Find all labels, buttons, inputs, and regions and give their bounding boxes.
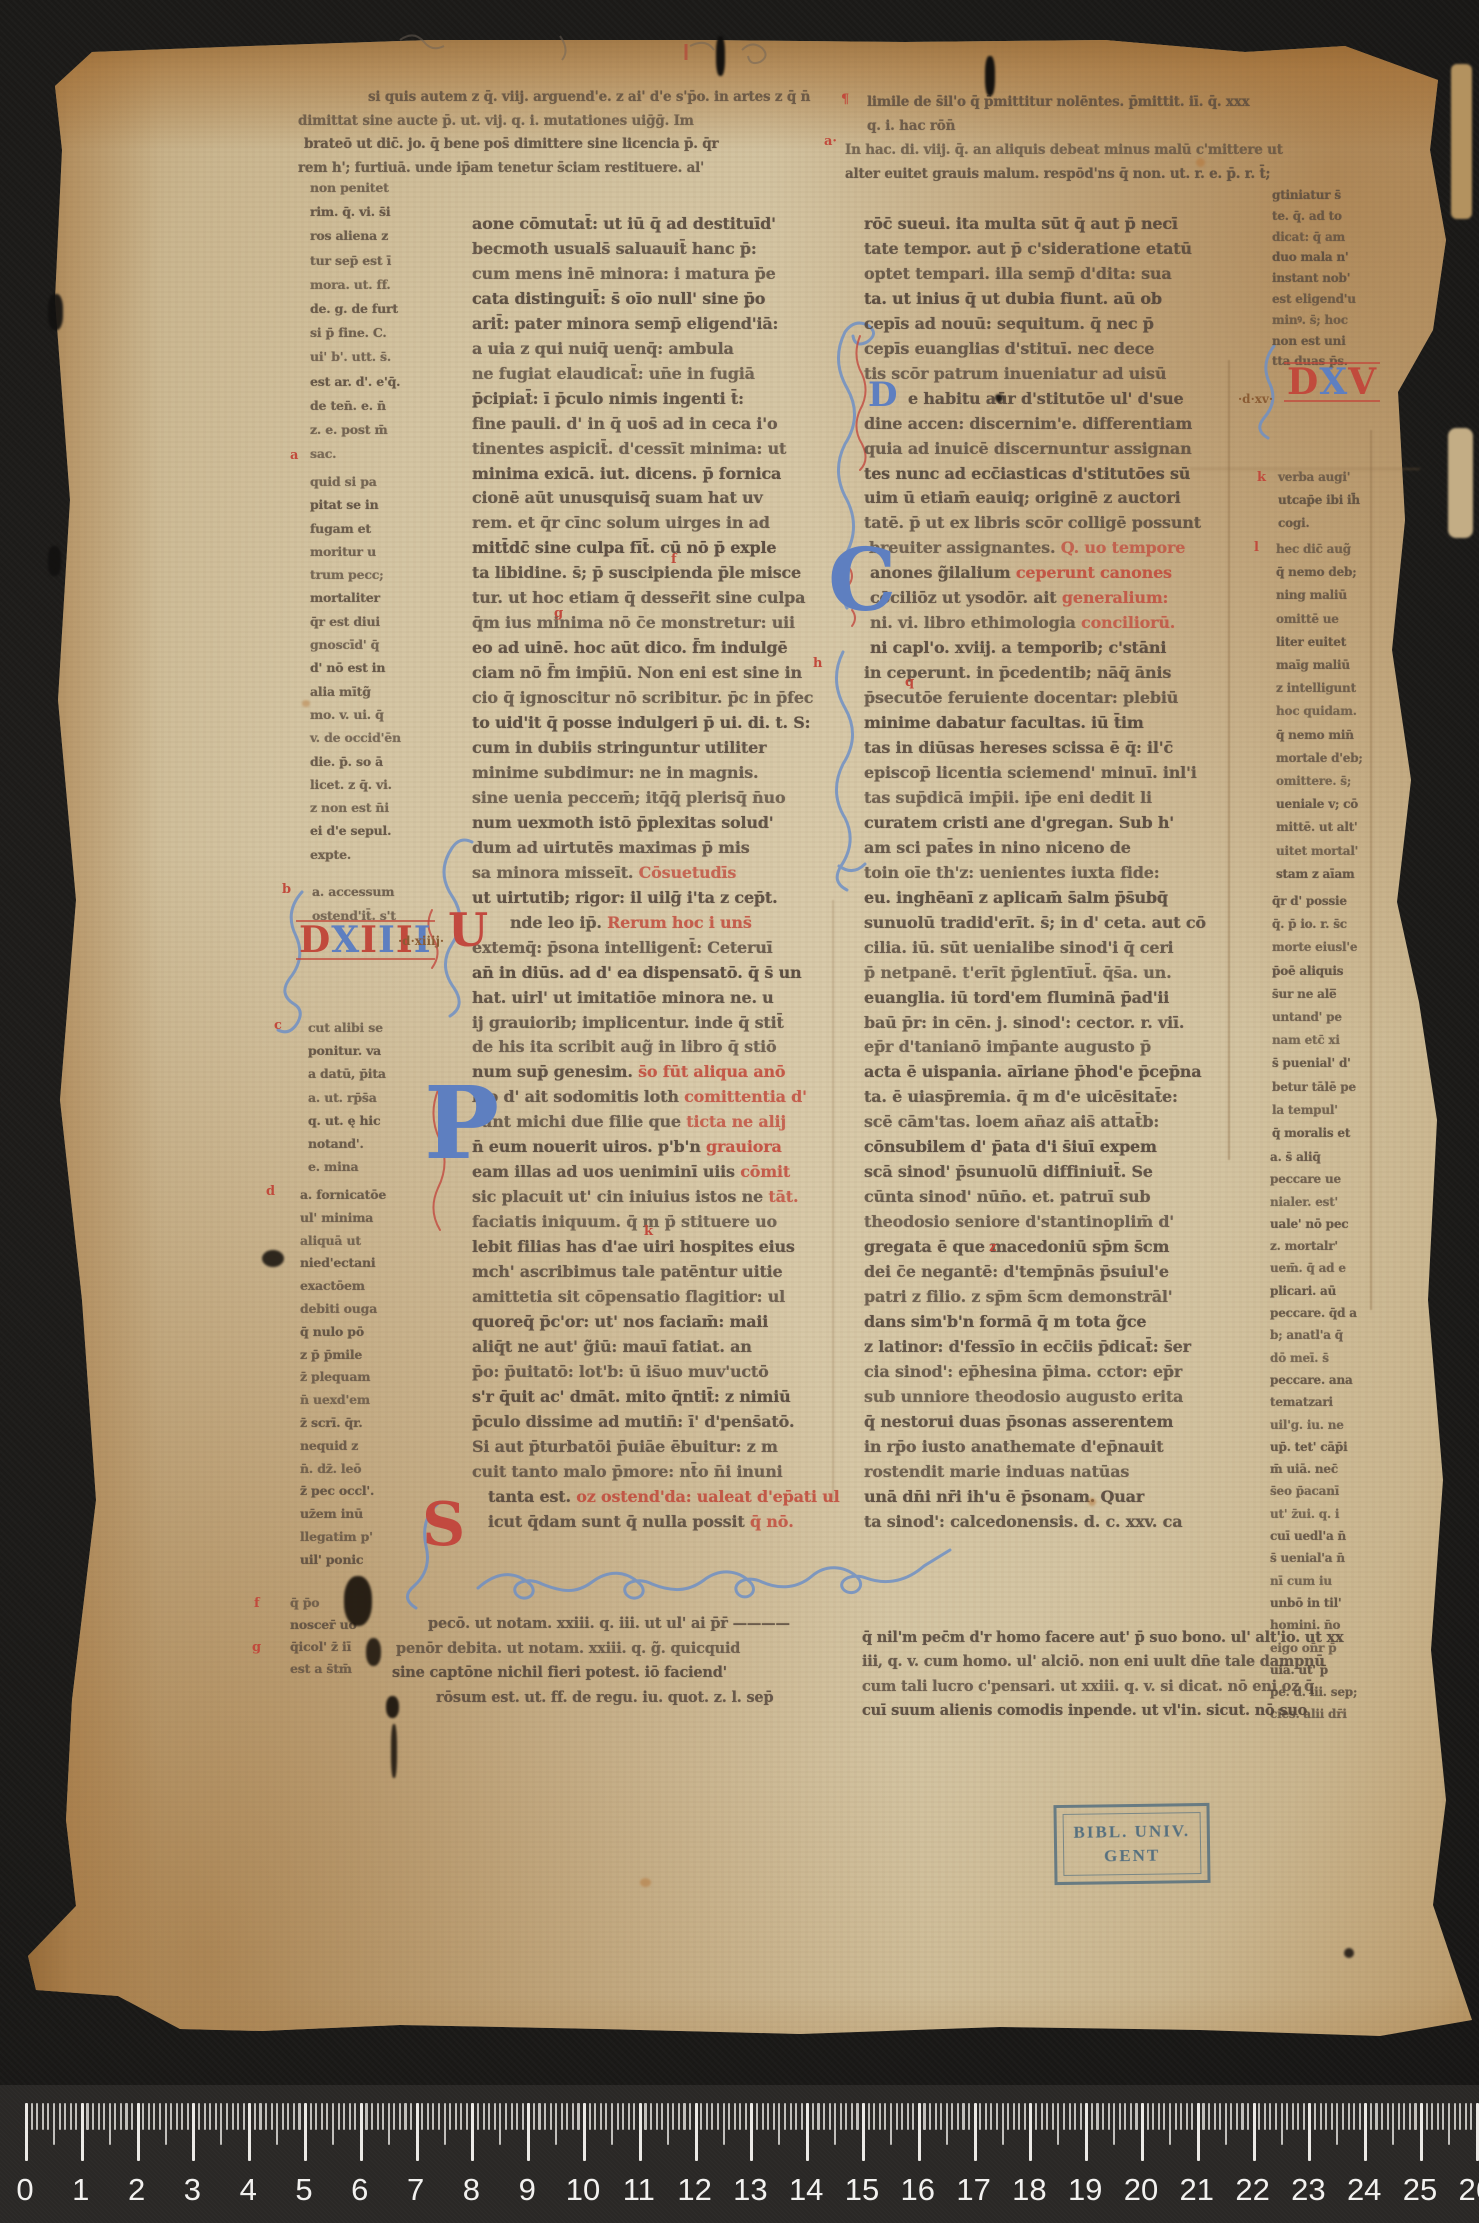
text-line: s̄ puenial' d' xyxy=(1272,1052,1400,1075)
text-line: n̄. dz̄. leō xyxy=(300,1458,430,1481)
ruler-tick xyxy=(1018,2103,1020,2130)
text-line: ni. vi. libro ethimologia conciliorū. xyxy=(864,611,1190,636)
ruler-tick xyxy=(1158,2103,1160,2130)
ruler-tick xyxy=(1152,2103,1154,2130)
text-line: s̄eo p̄acanī xyxy=(1270,1480,1400,1502)
text-line: dō meī. s̄ xyxy=(1270,1347,1400,1369)
ruler-tick xyxy=(365,2103,367,2130)
text-line: unbō in til' xyxy=(1270,1592,1400,1614)
margin-number-note: ·d·xv· xyxy=(1238,392,1273,406)
text-line: dans sim'b'n formā q̄ m tota g̃ce xyxy=(864,1310,1190,1335)
ruler-tick xyxy=(75,2103,77,2130)
text-line: m̄ uiā. nec̄ xyxy=(1270,1458,1400,1480)
text-line: notand'. xyxy=(308,1132,430,1155)
ruler-tick xyxy=(678,2103,680,2130)
rubric-letter: X xyxy=(331,919,360,961)
ruler-tick xyxy=(706,2103,708,2130)
text-line: d' nō est in xyxy=(310,656,432,679)
stain-or-blot xyxy=(1344,1948,1354,1958)
ruler-tick xyxy=(1325,2103,1327,2130)
ruler-tick xyxy=(600,2103,602,2130)
text-line: gnoscīd' q̄ xyxy=(310,633,432,656)
stain-or-blot xyxy=(1370,430,1372,1310)
text-line: sine uenia peccem̄; itq̄q̄ plerisq̄ n̄uo xyxy=(472,786,815,811)
ruler-tick xyxy=(1409,2103,1411,2130)
ruler-tick xyxy=(471,2103,474,2161)
ruler-tick xyxy=(583,2103,586,2161)
ruler-tick xyxy=(444,2103,446,2145)
text-line: uz̄em inū xyxy=(300,1503,430,1526)
red-letter-marker: a· xyxy=(824,134,837,149)
text-line: cūnta sinod' nūn̄o. et. patruī sub xyxy=(864,1185,1190,1210)
text-line: ut uirtutib; rigor: il uilḡ i'ta z cep̄t… xyxy=(472,886,815,911)
stain-or-blot xyxy=(832,900,834,1500)
ruler-tick xyxy=(1314,2103,1316,2130)
ruler-tick xyxy=(1169,2103,1171,2145)
red-letter-marker: f xyxy=(254,1596,260,1611)
ruler-tick xyxy=(1057,2103,1059,2145)
text-line: dum ad uirtutēs maximas p̄ mis xyxy=(472,836,815,861)
text-line: patri z filio. z sp̄m s̄cm demonstrāl' xyxy=(864,1285,1190,1310)
right-gloss-block-1: gtiniatur s̄te. q̄. ad todicat: q̄ amduo… xyxy=(1272,185,1400,372)
text-line: z̄ pec occl'. xyxy=(300,1480,430,1503)
text-line: fugam et xyxy=(310,517,432,540)
ruler-tick xyxy=(1108,2103,1110,2130)
ruler-tick xyxy=(215,2103,217,2130)
text-line: moritur u xyxy=(310,540,432,563)
text-line: baū p̄r: in cēn. j. sinod': cector. r. v… xyxy=(864,1011,1190,1036)
text-line: uitet mortal' xyxy=(1276,840,1404,863)
text-line: e habitu aūr d'stitutōe ul' d'sue xyxy=(864,387,1190,412)
rubric-letter: I xyxy=(378,919,396,961)
text-line: q̄ nestorui duas p̄sonas asserentem xyxy=(864,1410,1190,1435)
ruler-tick xyxy=(47,2103,49,2130)
text-line: curatem cristi ane d'gregan. Sub h' xyxy=(864,811,1190,836)
text-line: de. g. de furt xyxy=(310,297,432,321)
ruler-tick xyxy=(979,2103,981,2130)
ruler-tick xyxy=(460,2103,462,2130)
ruler-number: 26 xyxy=(1459,2172,1479,2208)
text-line: s'r q̄uit ac' dmāt. mito q̄ntit̄: z nimi… xyxy=(472,1385,815,1410)
ruler-tick xyxy=(912,2103,914,2130)
ruler-tick xyxy=(1041,2103,1043,2130)
initial-s-red: S xyxy=(422,1498,465,1552)
ruler-tick xyxy=(438,2103,440,2130)
ruler-tick xyxy=(795,2103,797,2130)
ruler-tick xyxy=(750,2103,753,2161)
text-line: plicari. aū xyxy=(1270,1280,1400,1302)
text-line: tanta est. oz ostend'da: ualeat d'ep̄ati… xyxy=(472,1485,815,1510)
text-line: cum in dubiis stringuntur utiliter xyxy=(472,736,815,761)
ruler-tick xyxy=(801,2103,803,2130)
text-line: hoc quidam. xyxy=(1276,700,1404,723)
ruler-tick xyxy=(756,2103,758,2130)
text-line: ni capl'o. xviij. a temporib; c'stāni xyxy=(864,636,1190,661)
ruler-tick xyxy=(974,2103,977,2161)
ruler-tick xyxy=(1303,2103,1305,2130)
text-line: nī cum iu xyxy=(1270,1570,1400,1592)
text-line: p̄cipiat̄: ī p̄culo nimis ingenti t̄: xyxy=(472,387,815,412)
text-line: iii, q. v. cum homo. ul' alciō. non eni … xyxy=(862,1650,1422,1674)
text-line: breuiter assignantes. Q. uo tempore xyxy=(864,536,1190,561)
text-line: peccare ue xyxy=(1270,1168,1400,1190)
text-line: b; anatl'a q̄ xyxy=(1270,1324,1400,1346)
ruler-tick xyxy=(929,2103,931,2130)
ruler-tick xyxy=(896,2103,898,2130)
ruler-tick xyxy=(1454,2103,1456,2130)
ruler-tick xyxy=(511,2103,513,2130)
ruler-tick xyxy=(589,2103,591,2130)
text-line: de his ita scribit aug̃ in libro q̄ stiō xyxy=(472,1035,815,1060)
ruler-tick xyxy=(198,2103,200,2130)
ruler-tick xyxy=(114,2103,116,2130)
text-line: debiti ouga xyxy=(300,1298,430,1321)
text-line: up̄. tet' cāp̄i xyxy=(1270,1436,1400,1458)
text-line: nied'ectani xyxy=(300,1252,430,1275)
text-line: sic placuit ut' cin iniuius istos ne tāt… xyxy=(472,1185,815,1210)
text-line: cogi. xyxy=(1278,512,1406,535)
text-line: rōc̄ sueui. ita multa sūt q̄ aut p̄ necī xyxy=(864,212,1190,237)
initial-c-blue: C xyxy=(828,542,896,619)
text-line: sine captōne nichil fieri potest. iō fac… xyxy=(362,1661,820,1686)
ruler-tick xyxy=(1214,2103,1216,2130)
top-gloss-right: limile de s̄il'o q̄ p̄mittitur nolēntes.… xyxy=(845,90,1390,186)
ruler-tick xyxy=(1331,2103,1333,2130)
text-line: unā dn̄i nr̄i ih'u ē p̄sonam. Quar xyxy=(864,1485,1190,1510)
text-line: s̄ur ne ale̅ xyxy=(1272,983,1400,1006)
ruler-tick xyxy=(1147,2103,1149,2130)
text-line: tis scōr patrum inueniatur ad uisū xyxy=(864,362,1190,387)
ruler-tick xyxy=(209,2103,211,2130)
ruler-tick xyxy=(421,2103,423,2130)
ruler-tick xyxy=(990,2103,992,2130)
text-line: q̄ nil'm pec̄m d'r homo facere aut' p̄ s… xyxy=(862,1626,1422,1650)
text-line: die. p̄. so ā xyxy=(310,750,432,773)
text-line: ep̄r d'tanianō imp̄ante augusto p̄ xyxy=(864,1035,1190,1060)
text-line: ning maliū xyxy=(1276,584,1404,607)
text-line: pecō. ut notam. xxiii. q. iii. ut ul' ai… xyxy=(362,1612,820,1637)
text-line: z p̄ p̄mile xyxy=(300,1344,430,1367)
ruler-number: 16 xyxy=(901,2172,935,2208)
ruler-tick xyxy=(70,2103,72,2130)
text-line: te. q̄. ad to xyxy=(1272,206,1400,227)
stain-or-blot xyxy=(366,1638,381,1666)
text-line: liter euitet xyxy=(1276,631,1404,654)
ruler-tick xyxy=(829,2103,831,2130)
ruler-tick xyxy=(907,2103,909,2130)
manuscript-photograph: BIBL. UNIV. GENT 01234567891011121314151… xyxy=(0,0,1479,2223)
ruler-tick xyxy=(321,2103,323,2130)
ruler-tick xyxy=(1253,2103,1256,2161)
stain-or-blot xyxy=(48,546,61,576)
stamp-line-1: BIBL. UNIV. xyxy=(1073,1819,1190,1844)
ruler-tick xyxy=(734,2103,736,2130)
stain-or-blot xyxy=(48,294,63,330)
ruler-tick xyxy=(1186,2103,1188,2130)
ruler-tick xyxy=(1029,2103,1032,2161)
red-letter-marker: k xyxy=(644,1224,653,1239)
ruler-tick xyxy=(1119,2103,1121,2130)
ruler-tick xyxy=(410,2103,412,2130)
ruler-tick xyxy=(483,2103,485,2130)
ruler-tick xyxy=(338,2103,340,2130)
text-line: q̄ moralis et xyxy=(1272,1122,1400,1145)
text-line: nialer. est' xyxy=(1270,1191,1400,1213)
text-line: trum pecc; xyxy=(310,563,432,586)
ruler-tick xyxy=(1414,2103,1416,2130)
text-line: tematzari xyxy=(1270,1391,1400,1413)
text-line: tinentes aspicit̄. d'cessīt minima: ut xyxy=(472,437,815,462)
ruler-tick xyxy=(628,2103,630,2130)
ruler-number: 14 xyxy=(789,2172,823,2208)
ruler-tick xyxy=(622,2103,624,2130)
ruler-tick xyxy=(388,2103,390,2145)
text-line: cut alibi se xyxy=(308,1016,430,1039)
text-line: dimittat sine aucte p̄. ut. vij. q. i. m… xyxy=(298,110,818,134)
ruler-number: 10 xyxy=(566,2172,600,2208)
left-gloss-block-2: quid si papitat se infugam etmoritur utr… xyxy=(310,470,432,866)
text-line: sa minora misseīt. Cōsuetudīs xyxy=(472,861,815,886)
stain-or-blot xyxy=(716,36,725,76)
ruler-tick xyxy=(125,2103,127,2130)
ruler-number: 17 xyxy=(956,2172,990,2208)
ruler-tick xyxy=(1336,2103,1338,2145)
text-line: z. e. post m̄ xyxy=(310,418,432,442)
text-line: a. accessum xyxy=(312,880,434,904)
ruler-tick xyxy=(901,2103,903,2130)
ruler-tick xyxy=(1191,2103,1193,2130)
ruler-tick xyxy=(1046,2103,1048,2130)
text-line: q̄ nemo min̄ xyxy=(1276,724,1404,747)
text-line: ij grauiorib; implicentur. inde q̄ stit̄ xyxy=(472,1011,815,1036)
red-letter-marker: ¶ xyxy=(841,92,849,107)
text-line: instant nob' xyxy=(1272,268,1400,289)
text-line: est ar. d'. e'q̄. xyxy=(310,370,432,394)
ruler-tick xyxy=(1258,2103,1260,2130)
text-line: sub unniore theodosio augusto erita xyxy=(864,1385,1190,1410)
text-line: cia sinod': ep̄hesina p̄ima. cctor: ep̄r xyxy=(864,1360,1190,1385)
ruler-tick xyxy=(271,2103,273,2130)
ruler-tick xyxy=(611,2103,613,2145)
ruler-tick xyxy=(711,2103,713,2130)
ruler-tick xyxy=(1275,2103,1277,2130)
stain-or-blot xyxy=(1228,360,1230,1160)
text-line: exactōem xyxy=(300,1275,430,1298)
text-line: minime subdimur: ne in magnis. xyxy=(472,761,815,786)
text-line: uale' nō pec xyxy=(1270,1213,1400,1235)
stain-or-blot xyxy=(1196,158,1205,167)
main-column-2: rōc̄ sueui. ita multa sūt q̄ aut p̄ necī… xyxy=(864,212,1190,1535)
ruler-tick xyxy=(661,2103,663,2130)
text-line: cepīs euanglias d'stituī. nec dece xyxy=(864,337,1190,362)
ruler-tick xyxy=(672,2103,674,2130)
text-line: dei c̄e negantē: d'temp̄nās p̄suiul'e xyxy=(864,1260,1190,1285)
text-line: ul' minima xyxy=(300,1207,430,1230)
ruler-tick xyxy=(1002,2103,1004,2145)
text-line: pitat se in xyxy=(310,493,432,516)
ruler-tick xyxy=(248,2103,251,2161)
stain-or-blot xyxy=(985,56,995,96)
text-line: sunt michi due filie que ticta ne alij xyxy=(472,1110,815,1135)
ruler-tick xyxy=(1091,2103,1093,2130)
text-line: rem. et q̄r cīnc solum uirges in ad xyxy=(472,511,815,536)
text-line: q. i. hac rōn̄ xyxy=(845,114,1390,138)
text-line: In hac. di. viij. q̄. an aliquis debeat … xyxy=(845,138,1390,162)
text-line: e. mina xyxy=(308,1155,430,1178)
ruler-tick xyxy=(538,2103,540,2130)
ruler-tick xyxy=(243,2103,245,2130)
text-line: ta. ē uiasp̄remia. q̄ m d'e uicēsitat̄e: xyxy=(864,1085,1190,1110)
initial-p-blue: P xyxy=(424,1078,499,1168)
ruler-tick xyxy=(1080,2103,1082,2130)
ruler-tick xyxy=(282,2103,284,2130)
ruler-tick xyxy=(812,2103,814,2130)
ruler-tick xyxy=(1197,2103,1200,2161)
text-line: si p̄ fine. C. xyxy=(310,321,432,345)
red-letter-marker: c xyxy=(274,1018,282,1033)
ruler-tick xyxy=(1074,2103,1076,2130)
ruler-tick xyxy=(1202,2103,1204,2130)
ruler-tick xyxy=(1403,2103,1405,2130)
ruler-tick xyxy=(823,2103,825,2130)
ruler-tick xyxy=(1135,2103,1137,2130)
ruler-tick xyxy=(1292,2103,1294,2130)
ruler-number: 11 xyxy=(623,2172,655,2208)
text-line: acta ē uispania. aīriane p̄hod'e p̄cep̄n… xyxy=(864,1060,1190,1085)
rubric-letter: V xyxy=(1348,361,1377,403)
text-line: quid si pa xyxy=(310,470,432,493)
ruler-tick xyxy=(689,2103,691,2130)
ruler-tick xyxy=(923,2103,925,2130)
ruler-tick xyxy=(220,2103,222,2145)
ruler-tick xyxy=(617,2103,619,2130)
text-line: mortale d'eb; xyxy=(1276,747,1404,770)
text-line: dine accen: discernim'e. differentiam xyxy=(864,412,1190,437)
text-line: q. ut. ę hic xyxy=(308,1109,430,1132)
ruler-tick xyxy=(1353,2103,1355,2130)
library-ownership-stamp: BIBL. UNIV. GENT xyxy=(1053,1803,1210,1885)
ruler-tick xyxy=(851,2103,853,2130)
text-line: z. mortalr' xyxy=(1270,1235,1400,1257)
text-line: z non est n̄i xyxy=(310,796,432,819)
ruler-tick xyxy=(298,2103,300,2130)
stain-or-blot xyxy=(640,1878,651,1887)
ruler-tick xyxy=(778,2103,780,2145)
ruler-tick xyxy=(1308,2103,1311,2161)
ruler-tick xyxy=(773,2103,775,2130)
text-line: peccare. ana xyxy=(1270,1369,1400,1391)
ruler-number: 3 xyxy=(184,2172,201,2208)
ruler-tick xyxy=(98,2103,100,2130)
text-line: q̄r est diui xyxy=(310,610,432,633)
stamp-line-2: GENT xyxy=(1104,1844,1161,1869)
ruler-tick xyxy=(393,2103,395,2130)
ruler-tick xyxy=(522,2103,524,2130)
ruler-tick xyxy=(884,2103,886,2130)
ruler-tick xyxy=(170,2103,172,2130)
text-line: uil'g. iu. ne xyxy=(1270,1414,1400,1436)
ruler-tick xyxy=(728,2103,730,2130)
ruler-tick xyxy=(349,2103,351,2130)
right-gloss-block-3: hec dic̄ aug̃q̄ nemo deb;ning maliūomitt… xyxy=(1276,538,1404,886)
text-line: extemq̄: p̄sona intelligent̄: Ceteruī xyxy=(472,936,815,961)
ruler-tick xyxy=(817,2103,819,2130)
text-line: uil' ponic xyxy=(300,1549,430,1572)
ruler-tick xyxy=(561,2103,563,2130)
ruler-tick xyxy=(1431,2103,1433,2130)
text-line: cōciliōz ut ysodōr. ait generalium: xyxy=(864,586,1190,611)
text-line: cionē aūt unusquisq̄ suam hat uv xyxy=(472,486,815,511)
text-line: num uexmoth istō p̄plexitas solud' xyxy=(472,811,815,836)
ruler-tick xyxy=(64,2103,66,2130)
ruler-tick xyxy=(1470,2103,1472,2130)
ruler-tick xyxy=(1208,2103,1210,2130)
ruler-tick xyxy=(332,2103,334,2145)
text-line: tur. ut hoc etiam q̄ desser̄it sine culp… xyxy=(472,586,815,611)
ruler-tick xyxy=(1241,2103,1243,2130)
ruler-tick xyxy=(103,2103,105,2130)
text-line: anones g̃ilalium ceperunt canones xyxy=(864,561,1190,586)
ruler-tick xyxy=(1381,2103,1383,2130)
ruler-tick xyxy=(1230,2103,1232,2130)
text-line: stam z aīam xyxy=(1276,863,1404,886)
ruler-tick xyxy=(427,2103,429,2130)
ruler-tick xyxy=(957,2103,959,2130)
text-line: theodosio seniore d'stantinoplim̄ d' xyxy=(864,1210,1190,1235)
ruler-tick xyxy=(577,2103,579,2130)
ruler-tick xyxy=(856,2103,858,2130)
ruler-tick xyxy=(226,2103,228,2130)
ruler-tick xyxy=(845,2103,847,2130)
ruler-tick xyxy=(148,2103,150,2130)
ruler-tick xyxy=(81,2103,84,2161)
text-line: aliquā ut xyxy=(300,1230,430,1253)
ruler-tick xyxy=(862,2103,865,2161)
ruler-tick xyxy=(142,2103,144,2130)
red-letter-marker: f xyxy=(671,552,677,567)
stain-or-blot xyxy=(262,1250,284,1267)
text-line: a datū, p̄ita xyxy=(308,1062,430,1085)
text-line: uim ū etiam̄ eauiq; originē z auctori xyxy=(864,486,1190,511)
ruler-tick xyxy=(181,2103,183,2130)
ruler-number: 7 xyxy=(407,2172,424,2208)
text-line: nde leo ip̄. Rerum hoc i uns̄ xyxy=(472,911,815,936)
ruler-tick xyxy=(265,2103,267,2130)
ruler-tick xyxy=(232,2103,234,2130)
text-line: amittetia sit cōpensatio flagitior: ul xyxy=(472,1285,815,1310)
ruler-tick xyxy=(1342,2103,1344,2130)
margin-number-note: ·d·xiiij· xyxy=(398,934,444,948)
ruler-tick xyxy=(918,2103,921,2161)
text-line: llegatim p' xyxy=(300,1526,430,1549)
text-line: v. de occid'ēn xyxy=(310,726,432,749)
left-gloss-block-5: a. fornicatōeul' minimaaliquā utnied'ect… xyxy=(300,1184,430,1572)
text-line: cum mens inē minora: i matura p̄e xyxy=(472,262,815,287)
rubric-letter: D xyxy=(299,919,331,961)
rubric-letter: X xyxy=(1319,361,1348,403)
stain-or-blot xyxy=(1451,64,1472,219)
stain-or-blot xyxy=(1448,428,1473,538)
ruler-tick xyxy=(1180,2103,1182,2130)
ruler-tick xyxy=(477,2103,479,2130)
text-line: alter euitet grauis malum. respōd'ns q̄ … xyxy=(845,162,1390,186)
rubric-letter: D xyxy=(1287,361,1319,403)
text-line: non est uni xyxy=(1272,331,1400,352)
text-line: z intelligunt xyxy=(1276,677,1404,700)
ruler-tick xyxy=(1096,2103,1098,2130)
text-line: ta sinod': calcedonensis. d. c. xxv. ca xyxy=(864,1510,1190,1535)
ruler-number: 24 xyxy=(1347,2172,1381,2208)
